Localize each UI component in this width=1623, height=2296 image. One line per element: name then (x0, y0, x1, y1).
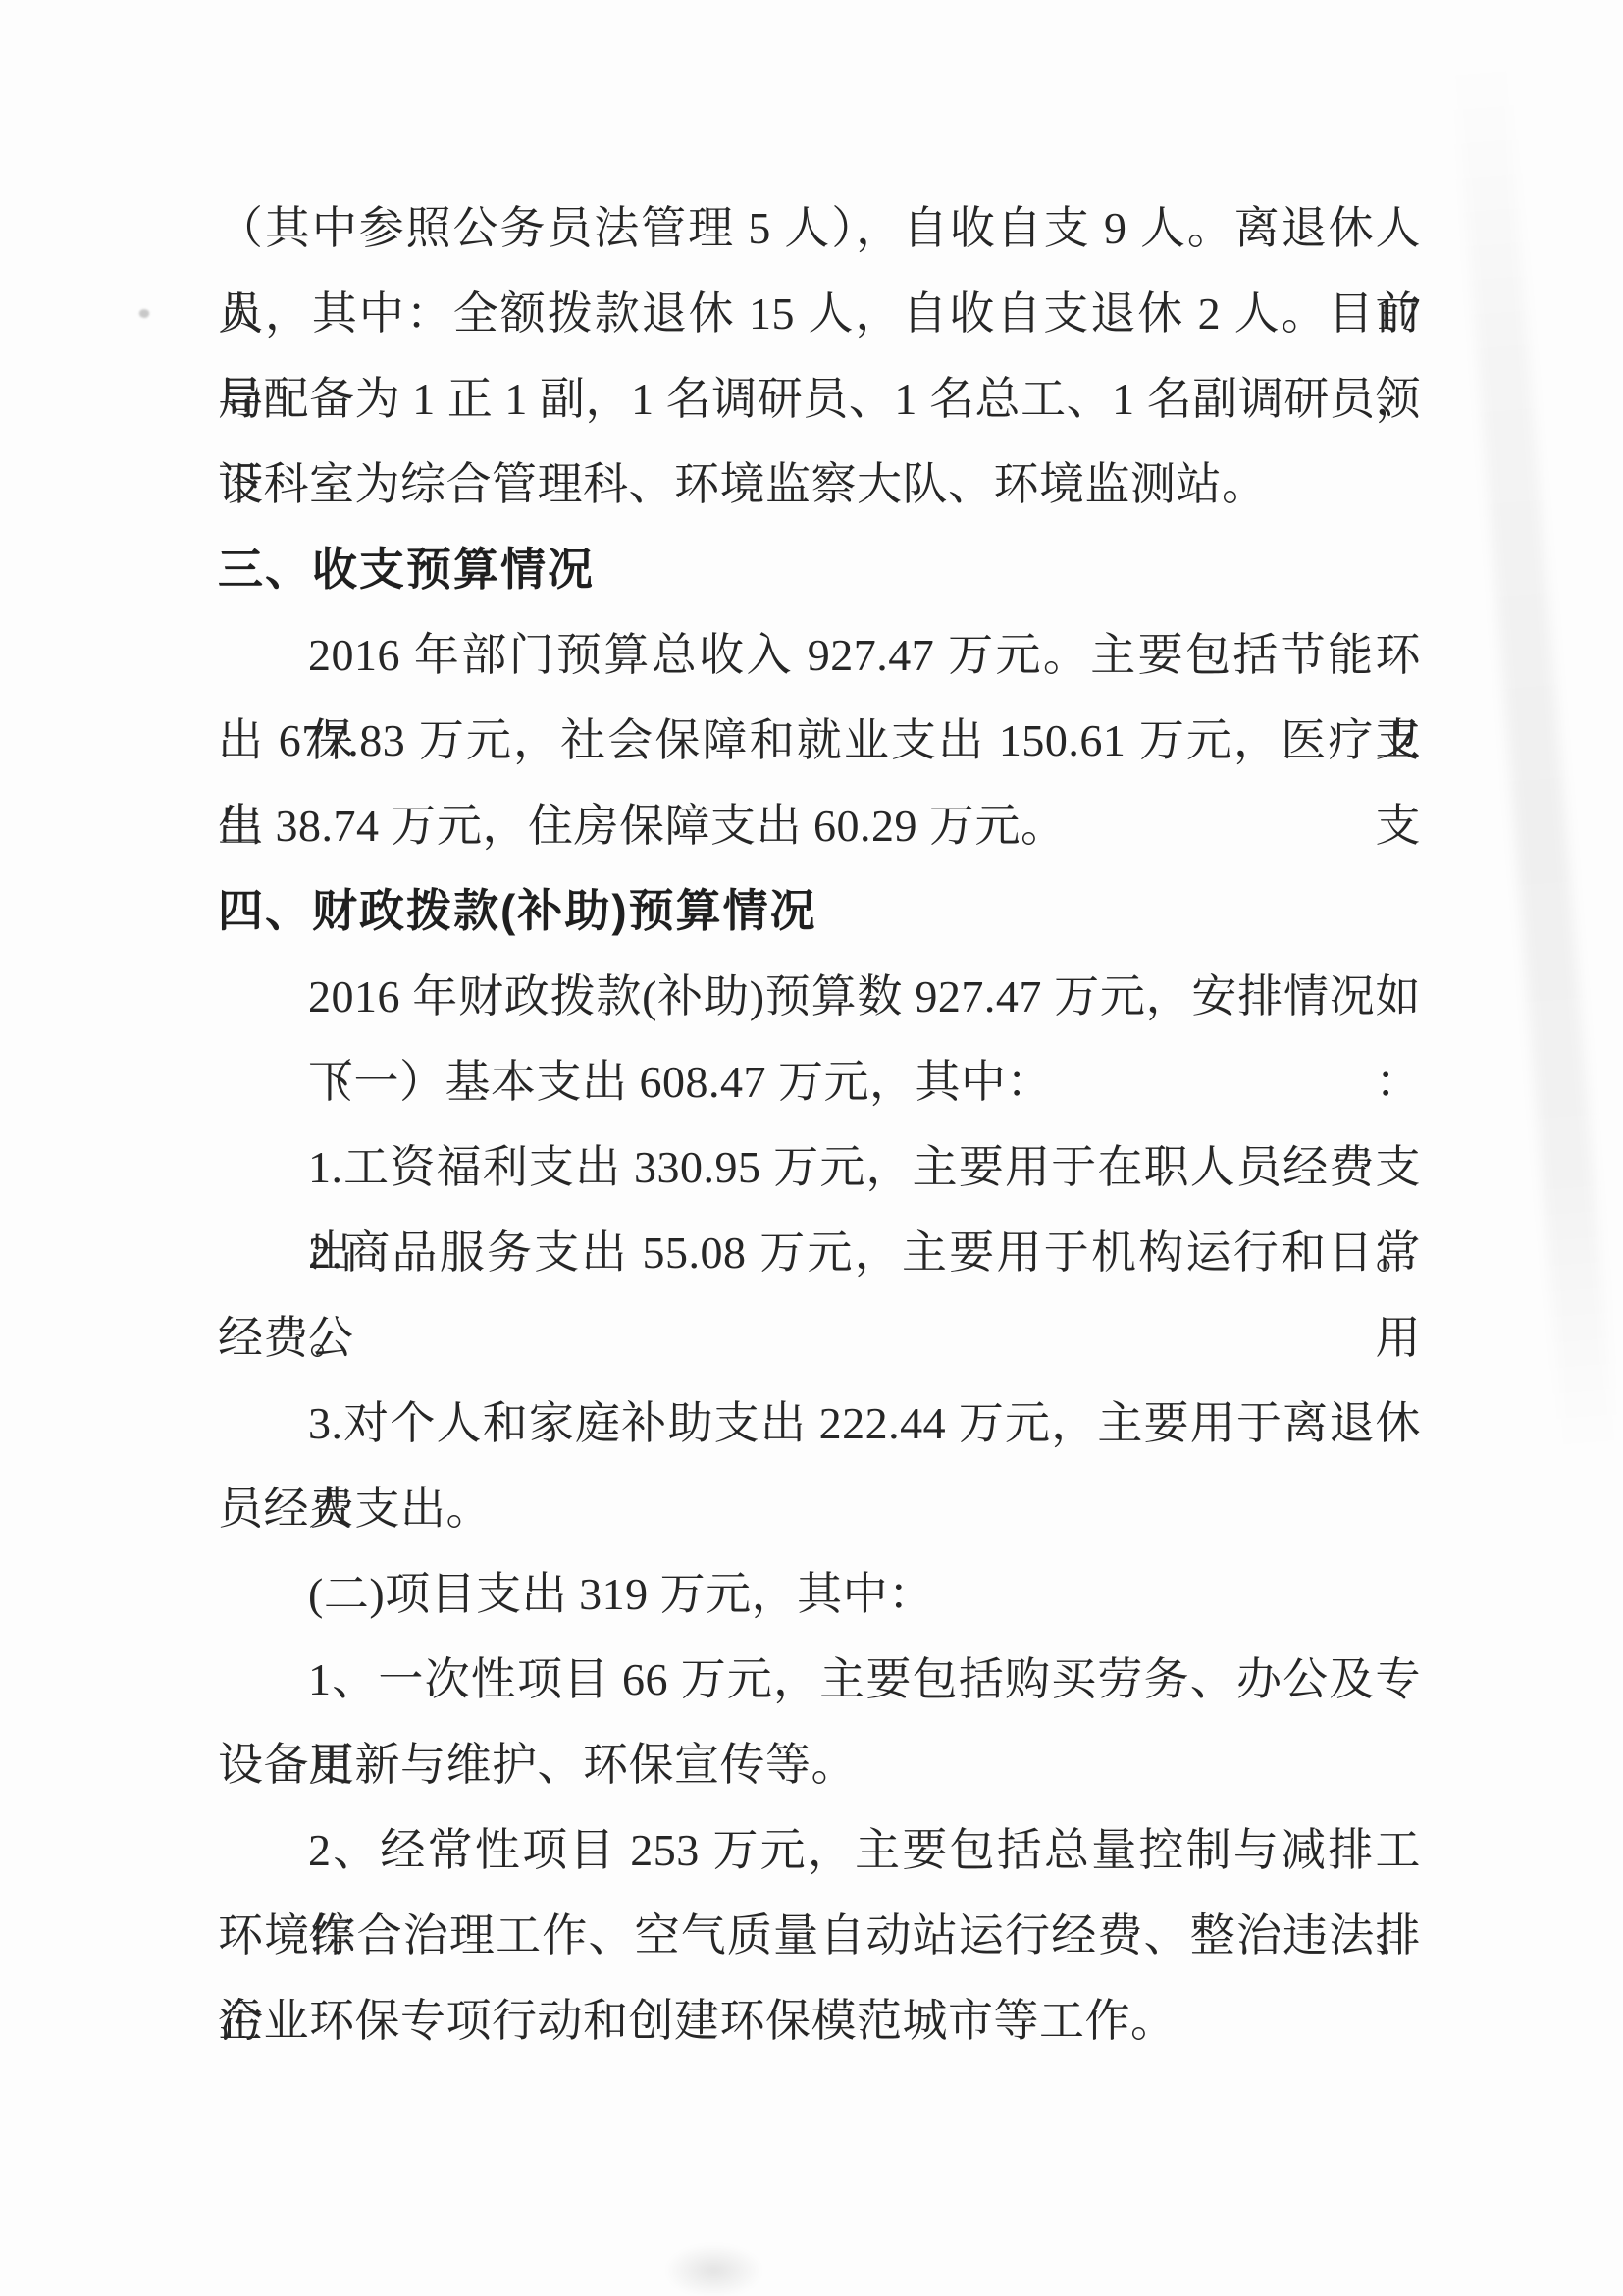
text-line: 2016 年财政拨款(补助)预算数 927.47 万元，安排情况如下： (218, 954, 1421, 1039)
text-line: 人，其中：全额拨款退休 15 人，自收自支退休 2 人。目前局领 (218, 271, 1421, 356)
text-line: 设科室为综合管理科、环境监察大队、环境监测站。 (218, 442, 1421, 527)
section-heading: 三、收支预算情况 (218, 527, 1421, 612)
document-text-block: （其中参照公务员法管理 5 人），自收自支 9 人。离退休人员 17人，其中：全… (218, 185, 1421, 2063)
text-line: 导配备为 1 正 1 副，1 名调研员、1 名总工、1 名副调研员，下 (218, 356, 1421, 442)
text-line: 1.工资福利支出 330.95 万元，主要用于在职人员经费支出。 (218, 1124, 1421, 1210)
text-line: (二)项目支出 319 万元，其中： (218, 1551, 1421, 1637)
text-line: 1、一次性项目 66 万元，主要包括购买劳务、办公及专用 (218, 1637, 1421, 1722)
scan-shadow-artifact (1454, 54, 1615, 1457)
text-line: 2016 年部门预算总收入 927.47 万元。主要包括节能环保支 (218, 612, 1421, 698)
scanned-document-page: （其中参照公务员法管理 5 人），自收自支 9 人。离退休人员 17人，其中：全… (0, 0, 1623, 2296)
text-line: （其中参照公务员法管理 5 人），自收自支 9 人。离退休人员 17 (218, 185, 1421, 271)
scan-smudge-artifact (667, 2245, 760, 2296)
text-line: 出 677.83 万元，社会保障和就业支出 150.61 万元，医疗卫生支 (218, 698, 1421, 783)
text-line: 2、经常性项目 253 万元，主要包括总量控制与减排工作、 (218, 1807, 1421, 1893)
section-heading: 四、财政拨款(补助)预算情况 (218, 868, 1421, 954)
text-line: 员经费支出。 (218, 1466, 1421, 1551)
text-line: 环境综合治理工作、空气质量自动站运行经费、整治违法排污 (218, 1893, 1421, 1978)
scan-speck-artifact (138, 307, 151, 319)
text-line: 3.对个人和家庭补助支出 222.44 万元，主要用于离退休人 (218, 1381, 1421, 1466)
text-line: 2.商品服务支出 55.08 万元，主要用于机构运行和日常公用 (218, 1210, 1421, 1295)
text-line: 设备更新与维护、环保宣传等。 (218, 1722, 1421, 1807)
text-line: 企业环保专项行动和创建环保模范城市等工作。 (218, 1978, 1421, 2063)
